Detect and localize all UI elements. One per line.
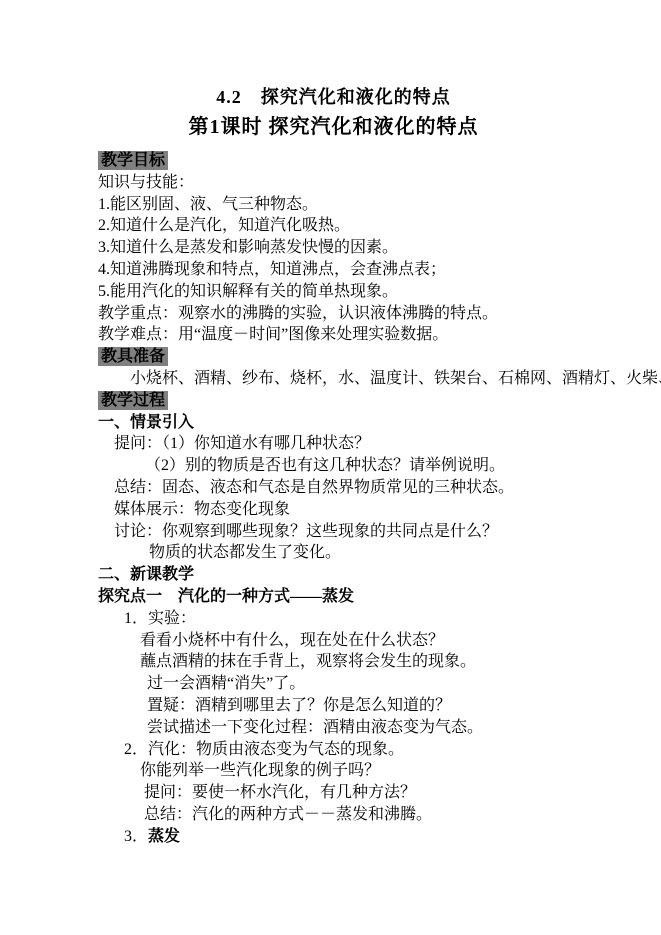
text-run: 过一会酒精“消失”了。	[147, 675, 305, 692]
aids-list: 小烧杯、酒精、纱布、烧杯，水、温度计、铁架台、石棉网、酒精灯、火柴、钟表等。	[98, 368, 569, 390]
vaporization-examples: 你能列举一些汽化现象的例子吗？	[98, 760, 569, 782]
text-run: 蒸发	[148, 828, 180, 845]
objective-1: 1.能区别固、液、气三种物态。	[98, 194, 569, 216]
heading-teaching-objectives: 教学目标	[98, 150, 569, 172]
experiment-describe: 尝试描述一下变化过程：酒精由液态变为气态。	[98, 717, 569, 739]
question-2: （2）别的物质是否也有这几种状态？请举例说明。	[98, 455, 569, 477]
text-run: 3.知道什么是蒸发和影响蒸发快慢的因素。	[98, 239, 398, 256]
text-run: 4.知道沸腾现象和特点，知道沸点，会查沸点表；	[98, 261, 446, 278]
teaching-key-point: 教学重点：观察水的沸腾的实验，认识液体沸腾的特点。	[98, 303, 569, 325]
text-run: 媒体展示：物态变化现象	[114, 501, 290, 518]
heading-teaching-process: 教学过程	[98, 390, 569, 412]
text-run: 3．	[124, 828, 148, 845]
document-body: 教学目标知识与技能：1.能区别固、液、气三种物态。2.知道什么是汽化，知道汽化吸…	[98, 150, 569, 848]
media-display: 媒体展示：物态变化现象	[98, 499, 569, 521]
item-2-vaporization: 2．汽化：物质由液态变为气态的现象。	[98, 739, 569, 761]
item-3-evaporation: 3．蒸发	[98, 826, 569, 848]
document-subtitle: 第1课时 探究汽化和液化的特点	[98, 114, 569, 141]
text-run: 提问：（1）你知道水有哪几种状态？	[114, 435, 370, 452]
text-run: 2．汽化：物质由液态变为气态的现象。	[124, 741, 404, 758]
highlighted-heading-text: 教学过程	[98, 391, 168, 410]
text-run: 探究点一 汽化的一种方式——蒸发	[98, 588, 354, 605]
experiment-step-2: 蘸点酒精的抹在手背上，观察将会发生的现象。	[98, 651, 569, 673]
question-1: 提问：（1）你知道水有哪几种状态？	[98, 433, 569, 455]
vaporization-question: 提问：要使一杯水汽化，有几种方法？	[98, 782, 569, 804]
text-run: 讨论：你观察到哪些现象？这些现象的共同点是什么？	[114, 523, 498, 540]
text-run: 教学重点：观察水的沸腾的实验，认识液体沸腾的特点。	[98, 305, 498, 322]
heading-teaching-aids: 教具准备	[98, 346, 569, 368]
objective-3: 3.知道什么是蒸发和影响蒸发快慢的因素。	[98, 237, 569, 259]
text-run: 5.能用汽化的知识解释有关的简单热现象。	[98, 283, 398, 300]
text-run: （2）别的物质是否也有这几种状态？请举例说明。	[145, 457, 505, 474]
text-run: 总结：汽化的两种方式－－蒸发和沸腾。	[144, 806, 432, 823]
knowledge-skills-label: 知识与技能：	[98, 172, 569, 194]
document-page: 4.2 探究汽化和液化的特点 第1课时 探究汽化和液化的特点 教学目标知识与技能…	[0, 0, 661, 935]
text-run: 看看小烧杯中有什么，现在处在什么状态？	[140, 632, 444, 649]
text-run: 物质的状态都发生了变化。	[149, 544, 341, 561]
text-run: 蘸点酒精的抹在手背上，观察将会发生的现象。	[140, 653, 476, 670]
text-run: 1.能区别固、液、气三种物态。	[98, 196, 318, 213]
objective-4: 4.知道沸腾现象和特点，知道沸点，会查沸点表；	[98, 259, 569, 281]
summary-1: 总结：固态、液态和气态是自然界物质常见的三种状态。	[98, 477, 569, 499]
discussion: 讨论：你观察到哪些现象？这些现象的共同点是什么？	[98, 521, 569, 543]
text-run: 2.知道什么是汽化，知道汽化吸热。	[98, 217, 350, 234]
section-2-heading: 二、新课教学	[98, 564, 569, 586]
text-run: 总结：固态、液态和气态是自然界物质常见的三种状态。	[114, 479, 514, 496]
discussion-answer: 物质的状态都发生了变化。	[98, 542, 569, 564]
text-run: 一、情景引入	[98, 414, 194, 431]
text-run: 你能列举一些汽化现象的例子吗？	[140, 762, 380, 779]
text-run: 提问：要使一杯水汽化，有几种方法？	[144, 784, 416, 801]
text-run: 1．实验：	[124, 610, 196, 627]
text-run: 二、新课教学	[98, 566, 194, 583]
text-run: 置疑：酒精到哪里去了？你是怎么知道的？	[147, 697, 451, 714]
item-1-experiment: 1．实验：	[98, 608, 569, 630]
text-run: 知识与技能：	[98, 174, 194, 191]
inquiry-point-1-heading: 探究点一 汽化的一种方式——蒸发	[98, 586, 569, 608]
vaporization-summary: 总结：汽化的两种方式－－蒸发和沸腾。	[98, 804, 569, 826]
experiment-step-1: 看看小烧杯中有什么，现在处在什么状态？	[98, 630, 569, 652]
text-run: 尝试描述一下变化过程：酒精由液态变为气态。	[147, 719, 483, 736]
teaching-difficulty: 教学难点：用“温度－时间”图像来处理实验数据。	[98, 324, 569, 346]
highlighted-heading-text: 教学目标	[98, 151, 168, 170]
experiment-observation: 过一会酒精“消失”了。	[98, 673, 569, 695]
objective-5: 5.能用汽化的知识解释有关的简单热现象。	[98, 281, 569, 303]
objective-2: 2.知道什么是汽化，知道汽化吸热。	[98, 215, 569, 237]
text-run: 教学难点：用“温度－时间”图像来处理实验数据。	[98, 326, 448, 343]
highlighted-heading-text: 教具准备	[98, 347, 168, 366]
experiment-doubt: 置疑：酒精到哪里去了？你是怎么知道的？	[98, 695, 569, 717]
section-1-heading: 一、情景引入	[98, 412, 569, 434]
text-run: 小烧杯、酒精、纱布、烧杯，水、温度计、铁架台、石棉网、酒精灯、火柴、钟表等。	[130, 370, 661, 387]
document-title: 4.2 探究汽化和液化的特点	[98, 86, 569, 109]
